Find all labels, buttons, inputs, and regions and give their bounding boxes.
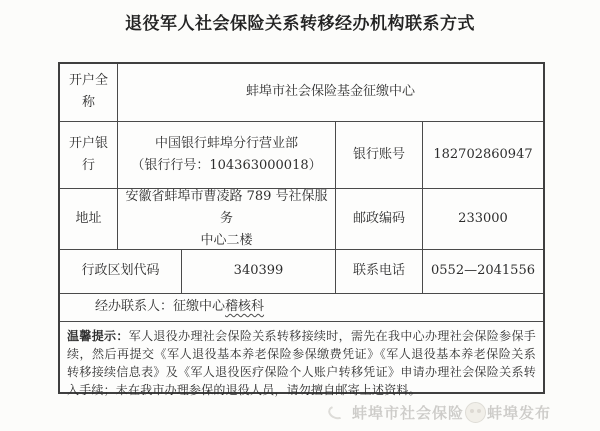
watermark-source-right: 蚌埠发布 bbox=[487, 402, 551, 423]
table-row-address: 地址 安徽省蚌埠市曹凌路 789 号社保服务 中心二楼 邮政编码 233000 bbox=[60, 188, 543, 249]
bank-label: 开户银行 bbox=[60, 122, 117, 188]
contact-person-underlined: 稽核科 bbox=[225, 299, 264, 314]
table-row-account-name: 开户全称 蚌埠市社会保险基金征缴中心 bbox=[60, 64, 543, 121]
notice-body: 军人退役办理社会保险关系转移接续时，需先在我中心办理社会保险参保手续，然后再提交… bbox=[67, 329, 536, 397]
address-line1: 安徽省蚌埠市曹凌路 789 号社保服务 bbox=[122, 186, 331, 230]
contact-person-cell: 经办联系人：征缴中心稽核科 bbox=[60, 294, 543, 321]
page-title: 退役军人社会保险关系转移经办机构联系方式 bbox=[0, 9, 600, 34]
bank-name: 中国银行蚌埠分行营业部 bbox=[155, 133, 298, 155]
phone-label: 联系电话 bbox=[335, 250, 422, 293]
address-value: 安徽省蚌埠市曹凌路 789 号社保服务 中心二楼 bbox=[117, 189, 335, 249]
account-name-label: 开户全称 bbox=[60, 64, 117, 121]
scanned-document-page: { "page": { "title": "退役军人社会保险关系转移经办机构联系… bbox=[0, 0, 600, 431]
bank-account-label: 银行账号 bbox=[335, 122, 422, 188]
watermark-source-left: 蚌埠市社会保险 bbox=[352, 402, 464, 423]
postcode-value: 233000 bbox=[422, 189, 543, 249]
round-logo-icon bbox=[465, 402, 486, 423]
table-row-notice: 温馨提示：军人退役办理社会保险关系转移接续时，需先在我中心办理社会保险参保手续，… bbox=[60, 321, 543, 395]
table-row-contact-person: 经办联系人：征缴中心稽核科 bbox=[60, 293, 543, 321]
watermark-footer: 蚌埠市社会保险 蚌埠发布 bbox=[328, 400, 551, 424]
faint-swirl-icon bbox=[326, 403, 346, 421]
contact-info-table: 开户全称 蚌埠市社会保险基金征缴中心 开户银行 中国银行蚌埠分行营业部 （银行行… bbox=[58, 62, 545, 394]
division-code-value: 340399 bbox=[181, 250, 335, 293]
table-row-division-code: 行政区划代码 340399 联系电话 0552—2041556 bbox=[60, 249, 543, 293]
notice-lead: 温馨提示： bbox=[67, 329, 129, 343]
contact-person-text: 经办联系人：征缴中心稽核科 bbox=[95, 296, 264, 318]
account-name-value: 蚌埠市社会保险基金征缴中心 bbox=[117, 64, 543, 121]
contact-person-prefix: 经办联系人：征缴中心 bbox=[95, 299, 225, 314]
address-line2: 中心二楼 bbox=[200, 230, 252, 252]
bank-value: 中国银行蚌埠分行营业部 （银行行号：104363000018） bbox=[117, 122, 335, 188]
phone-value: 0552—2041556 bbox=[422, 250, 543, 293]
bank-account-number: 182702860947 bbox=[422, 122, 543, 188]
notice-text: 温馨提示：军人退役办理社会保险关系转移接续时，需先在我中心办理社会保险参保手续，… bbox=[60, 322, 543, 395]
address-label: 地址 bbox=[60, 189, 117, 249]
postcode-label: 邮政编码 bbox=[335, 189, 422, 249]
division-code-label: 行政区划代码 bbox=[60, 250, 181, 293]
table-row-bank: 开户银行 中国银行蚌埠分行营业部 （银行行号：104363000018） 银行账… bbox=[60, 121, 543, 188]
bank-branch-number: （银行行号：104363000018） bbox=[131, 155, 321, 177]
